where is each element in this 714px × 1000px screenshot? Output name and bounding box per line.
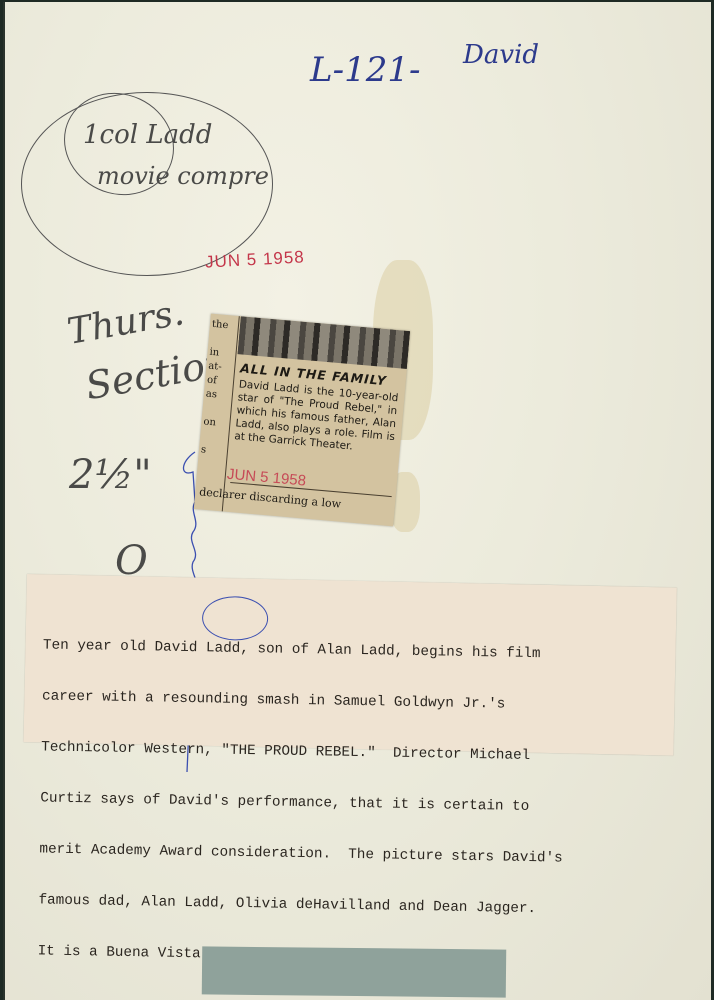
circled-note-line1: 1col Ladd <box>83 120 212 150</box>
typed-caption: Ten year old David Ladd, son of Alan Lad… <box>23 574 676 756</box>
day-note: Thurs. <box>64 292 187 353</box>
reference-name: David <box>463 40 539 70</box>
size-note: 2½" <box>69 452 152 498</box>
circled-note-line2: movie compre <box>97 162 269 190</box>
fragment: as <box>205 388 230 404</box>
caption-line: Curtiz says of David's performance, that… <box>40 790 670 818</box>
date-stamp: JUN 5 1958 <box>205 247 306 272</box>
newspaper-clipping: the in at- of as on s ALL IN THE FAMILY … <box>194 314 410 527</box>
photo-back-paper: L-121- David 1col Ladd movie compre JUN … <box>3 2 711 1000</box>
clipping-stamp: JUN 5 1958 <box>226 466 306 490</box>
tape-strip <box>202 946 506 997</box>
clipping-body: David Ladd is the 10-year-old star of "T… <box>234 378 399 457</box>
fragment: s <box>200 443 225 459</box>
caption-text: Ten year old David Ladd, son of Alan Lad… <box>37 603 674 1000</box>
fragment: the <box>211 318 236 334</box>
caption-line: famous dad, Alan Ladd, Olivia deHavillan… <box>38 892 668 920</box>
caption-line: Technicolor Western, "THE PROUD REBEL." … <box>41 739 671 767</box>
caption-line: Ten year old David Ladd, son of Alan Lad… <box>43 637 673 665</box>
caption-line: career with a resounding smash in Samuel… <box>42 688 672 716</box>
fragment: on <box>203 415 228 431</box>
reference-code: L-121- <box>310 50 420 90</box>
caption-line: merit Academy Award consideration. The p… <box>39 841 669 869</box>
clipping-left-column: the in at- of as on s <box>200 318 236 460</box>
